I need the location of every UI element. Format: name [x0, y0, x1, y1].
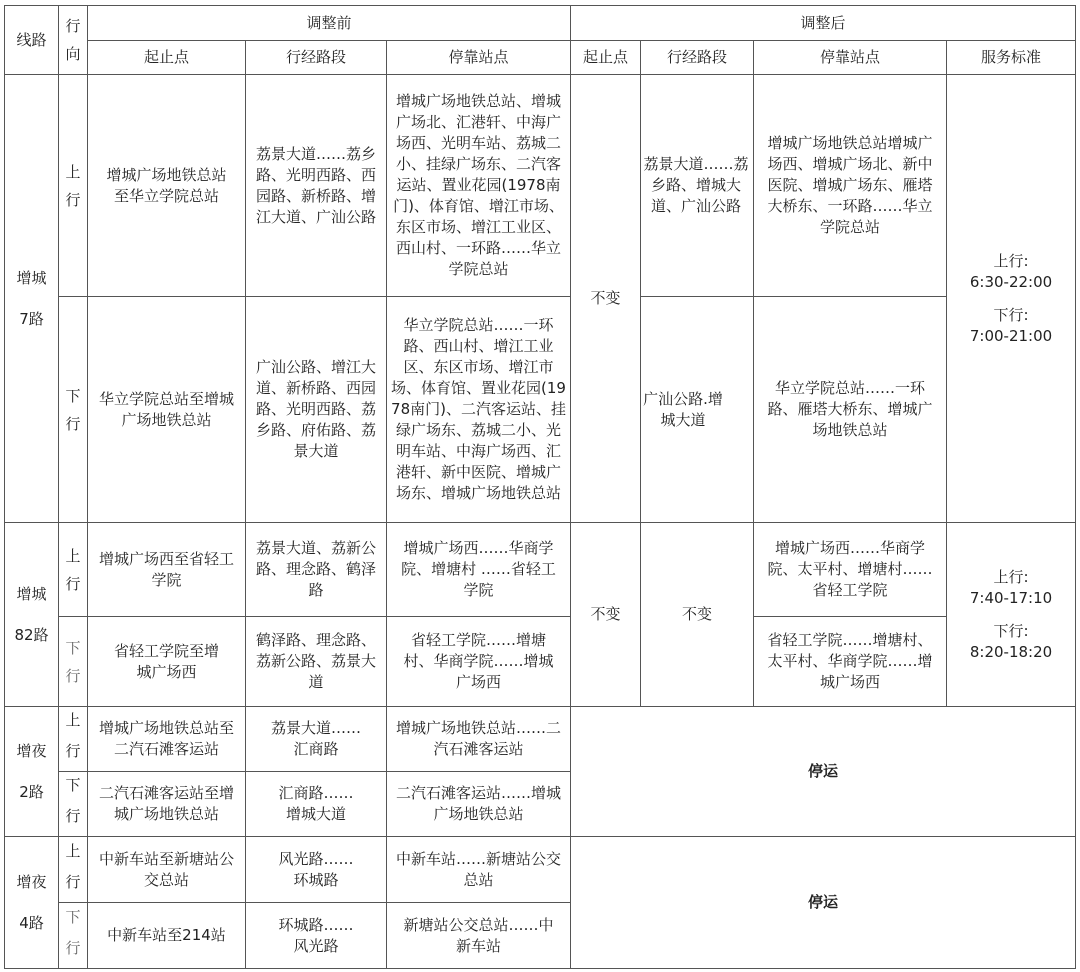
direction-down: 下 行 [59, 297, 88, 523]
table-row: 增夜 4路 上 行 中新车站至新塘站公交总站 风光路……环城路 中新车站……新塘… [5, 837, 1076, 903]
header-row-1: 线路 行 向 调整前 调整后 [5, 6, 1076, 41]
direction-up: 上 行 [59, 837, 88, 903]
after-stops: 华立学院总站……一环路、雁塔大桥东、增城广场地铁总站 [754, 297, 947, 523]
table-row: 下 行 省轻工学院至增城广场西 鹤泽路、理念路、荔新公路、荔景大道 省轻工学院…… [5, 617, 1076, 707]
direction-top: 下 [59, 382, 87, 410]
before-endpoints: 省轻工学院至增城广场西 [88, 617, 246, 707]
after-stops: 省轻工学院……增塘村、太平村、华商学院……增城广场西 [754, 617, 947, 707]
table-row: 增夜 2路 上 行 增城广场地铁总站至二汽石滩客运站 荔景大道……汇商路 增城广… [5, 707, 1076, 772]
service-down-label: 下行: [951, 305, 1071, 326]
route-name-bottom: 4路 [9, 913, 54, 934]
service-down-label: 下行: [951, 621, 1071, 642]
header-direction: 行 向 [59, 6, 88, 75]
header-after-endpoints: 起止点 [571, 41, 641, 75]
before-path: 汇商路……增城大道 [246, 772, 387, 837]
header-before-path: 行经路段 [246, 41, 387, 75]
before-stops: 增城广场地铁总站、增城广场北、汇港轩、中海广场西、光明车站、荔城二小、挂绿广场东… [387, 75, 571, 297]
after-endpoints: 不变 [571, 75, 641, 523]
table-row: 增城 82路 上 行 增城广场西至省轻工学院 荔景大道、荔新公路、理念路、鹤泽路… [5, 523, 1076, 617]
before-path: 荔景大道、荔新公路、理念路、鹤泽路 [246, 523, 387, 617]
after-stops: 增城广场地铁总站增城广场西、增城广场北、新中医院、增城广场东、雁塔大桥东、一环路… [754, 75, 947, 297]
before-endpoints: 中新车站至新塘站公交总站 [88, 837, 246, 903]
direction-top: 上 [59, 158, 87, 186]
route-name-bottom: 2路 [9, 782, 54, 803]
direction-down: 下 行 [59, 903, 88, 969]
before-endpoints: 华立学院总站至增城广场地铁总站 [88, 297, 246, 523]
before-path: 风光路……环城路 [246, 837, 387, 903]
direction-top: 上 [59, 542, 87, 570]
before-path: 环城路……风光路 [246, 903, 387, 969]
route-name-top: 增城 [9, 584, 54, 605]
route-name-top: 增城 [9, 268, 54, 289]
direction-top: 下 [59, 905, 87, 929]
before-stops: 省轻工学院……增塘村、华商学院……增城广场西 [387, 617, 571, 707]
direction-top: 下 [59, 634, 87, 662]
route-name-top: 增夜 [9, 872, 54, 893]
direction-down: 下 行 [59, 772, 88, 837]
direction-top: 下 [59, 773, 87, 797]
table-row: 增城 7路 上 行 增城广场地铁总站至华立学院总站 荔景大道……荔乡路、光明西路… [5, 75, 1076, 297]
after-endpoints: 不变 [571, 523, 641, 707]
direction-bottom: 行 [59, 186, 87, 214]
before-path: 鹤泽路、理念路、荔新公路、荔景大道 [246, 617, 387, 707]
header-line: 线路 [5, 6, 59, 75]
direction-top: 上 [59, 708, 87, 732]
direction-up: 上 行 [59, 707, 88, 772]
header-direction-top: 行 [59, 12, 87, 40]
route-name-top: 增夜 [9, 741, 54, 762]
before-path: 荔景大道……荔乡路、光明西路、西园路、新桥路、增江大道、广汕公路 [246, 75, 387, 297]
direction-top: 上 [59, 839, 87, 863]
service-up-label: 上行: [951, 251, 1071, 272]
before-endpoints: 增城广场地铁总站至二汽石滩客运站 [88, 707, 246, 772]
before-path: 荔景大道……汇商路 [246, 707, 387, 772]
after-stops: 增城广场西……华商学院、太平村、增塘村……省轻工学院 [754, 523, 947, 617]
after-status-suspended: 停运 [571, 837, 1076, 969]
after-path: 广汕公路.增城大道 [641, 297, 754, 523]
before-stops: 增城广场西……华商学院、增塘村 ……省轻工学院 [387, 523, 571, 617]
after-status-suspended: 停运 [571, 707, 1076, 837]
route-name-bottom: 82路 [9, 625, 54, 646]
service-up-label: 上行: [951, 567, 1071, 588]
before-endpoints: 二汽石滩客运站至增城广场地铁总站 [88, 772, 246, 837]
route-name-night-4: 增夜 4路 [5, 837, 59, 969]
table-row: 下 行 华立学院总站至增城广场地铁总站 广汕公路、增江大道、新桥路、西园路、光明… [5, 297, 1076, 523]
header-direction-bottom: 向 [59, 40, 87, 68]
header-before: 调整前 [88, 6, 571, 41]
before-endpoints: 中新车站至214站 [88, 903, 246, 969]
before-path: 广汕公路、增江大道、新桥路、西园路、光明西路、荔乡路、府佑路、荔景大道 [246, 297, 387, 523]
direction-bottom: 行 [59, 797, 87, 835]
before-stops: 二汽石滩客运站……增城广场地铁总站 [387, 772, 571, 837]
direction-up: 上 行 [59, 523, 88, 617]
service-down-time: 8:20-18:20 [951, 642, 1071, 663]
direction-bottom: 行 [59, 863, 87, 901]
service-standard-82: 上行: 7:40-17:10 下行: 8:20-18:20 [947, 523, 1076, 707]
direction-bottom: 行 [59, 662, 87, 690]
before-endpoints: 增城广场地铁总站至华立学院总站 [88, 75, 246, 297]
service-standard-7: 上行: 6:30-22:00 下行: 7:00-21:00 [947, 75, 1076, 523]
direction-bottom: 行 [59, 570, 87, 598]
route-name-7: 增城 7路 [5, 75, 59, 523]
route-name-night-2: 增夜 2路 [5, 707, 59, 837]
header-after-stops: 停靠站点 [754, 41, 947, 75]
before-stops: 新塘站公交总站……中新车站 [387, 903, 571, 969]
header-before-stops: 停靠站点 [387, 41, 571, 75]
before-stops: 中新车站……新塘站公交总站 [387, 837, 571, 903]
header-row-2: 起止点 行经路段 停靠站点 起止点 行经路段 停靠站点 服务标准 [5, 41, 1076, 75]
route-adjustment-table: 线路 行 向 调整前 调整后 起止点 行经路段 停靠站点 起止点 行经路段 停靠… [4, 5, 1076, 969]
service-up-time: 7:40-17:10 [951, 588, 1071, 609]
header-after-path: 行经路段 [641, 41, 754, 75]
header-service-standard: 服务标准 [947, 41, 1076, 75]
after-path: 不变 [641, 523, 754, 707]
direction-bottom: 行 [59, 410, 87, 438]
direction-down: 下 行 [59, 617, 88, 707]
after-path: 荔景大道……荔乡路、增城大道、广汕公路 [641, 75, 754, 297]
direction-up: 上 行 [59, 75, 88, 297]
before-stops: 增城广场地铁总站……二汽石滩客运站 [387, 707, 571, 772]
direction-bottom: 行 [59, 732, 87, 770]
direction-bottom: 行 [59, 929, 87, 967]
service-down-time: 7:00-21:00 [951, 326, 1071, 347]
before-stops: 华立学院总站……一环路、西山村、增江工业区、东区市场、增江市场、体育馆、置业花园… [387, 297, 571, 523]
header-before-endpoints: 起止点 [88, 41, 246, 75]
service-up-time: 6:30-22:00 [951, 272, 1071, 293]
route-name-82: 增城 82路 [5, 523, 59, 707]
header-after: 调整后 [571, 6, 1076, 41]
route-name-bottom: 7路 [9, 309, 54, 330]
before-endpoints: 增城广场西至省轻工学院 [88, 523, 246, 617]
